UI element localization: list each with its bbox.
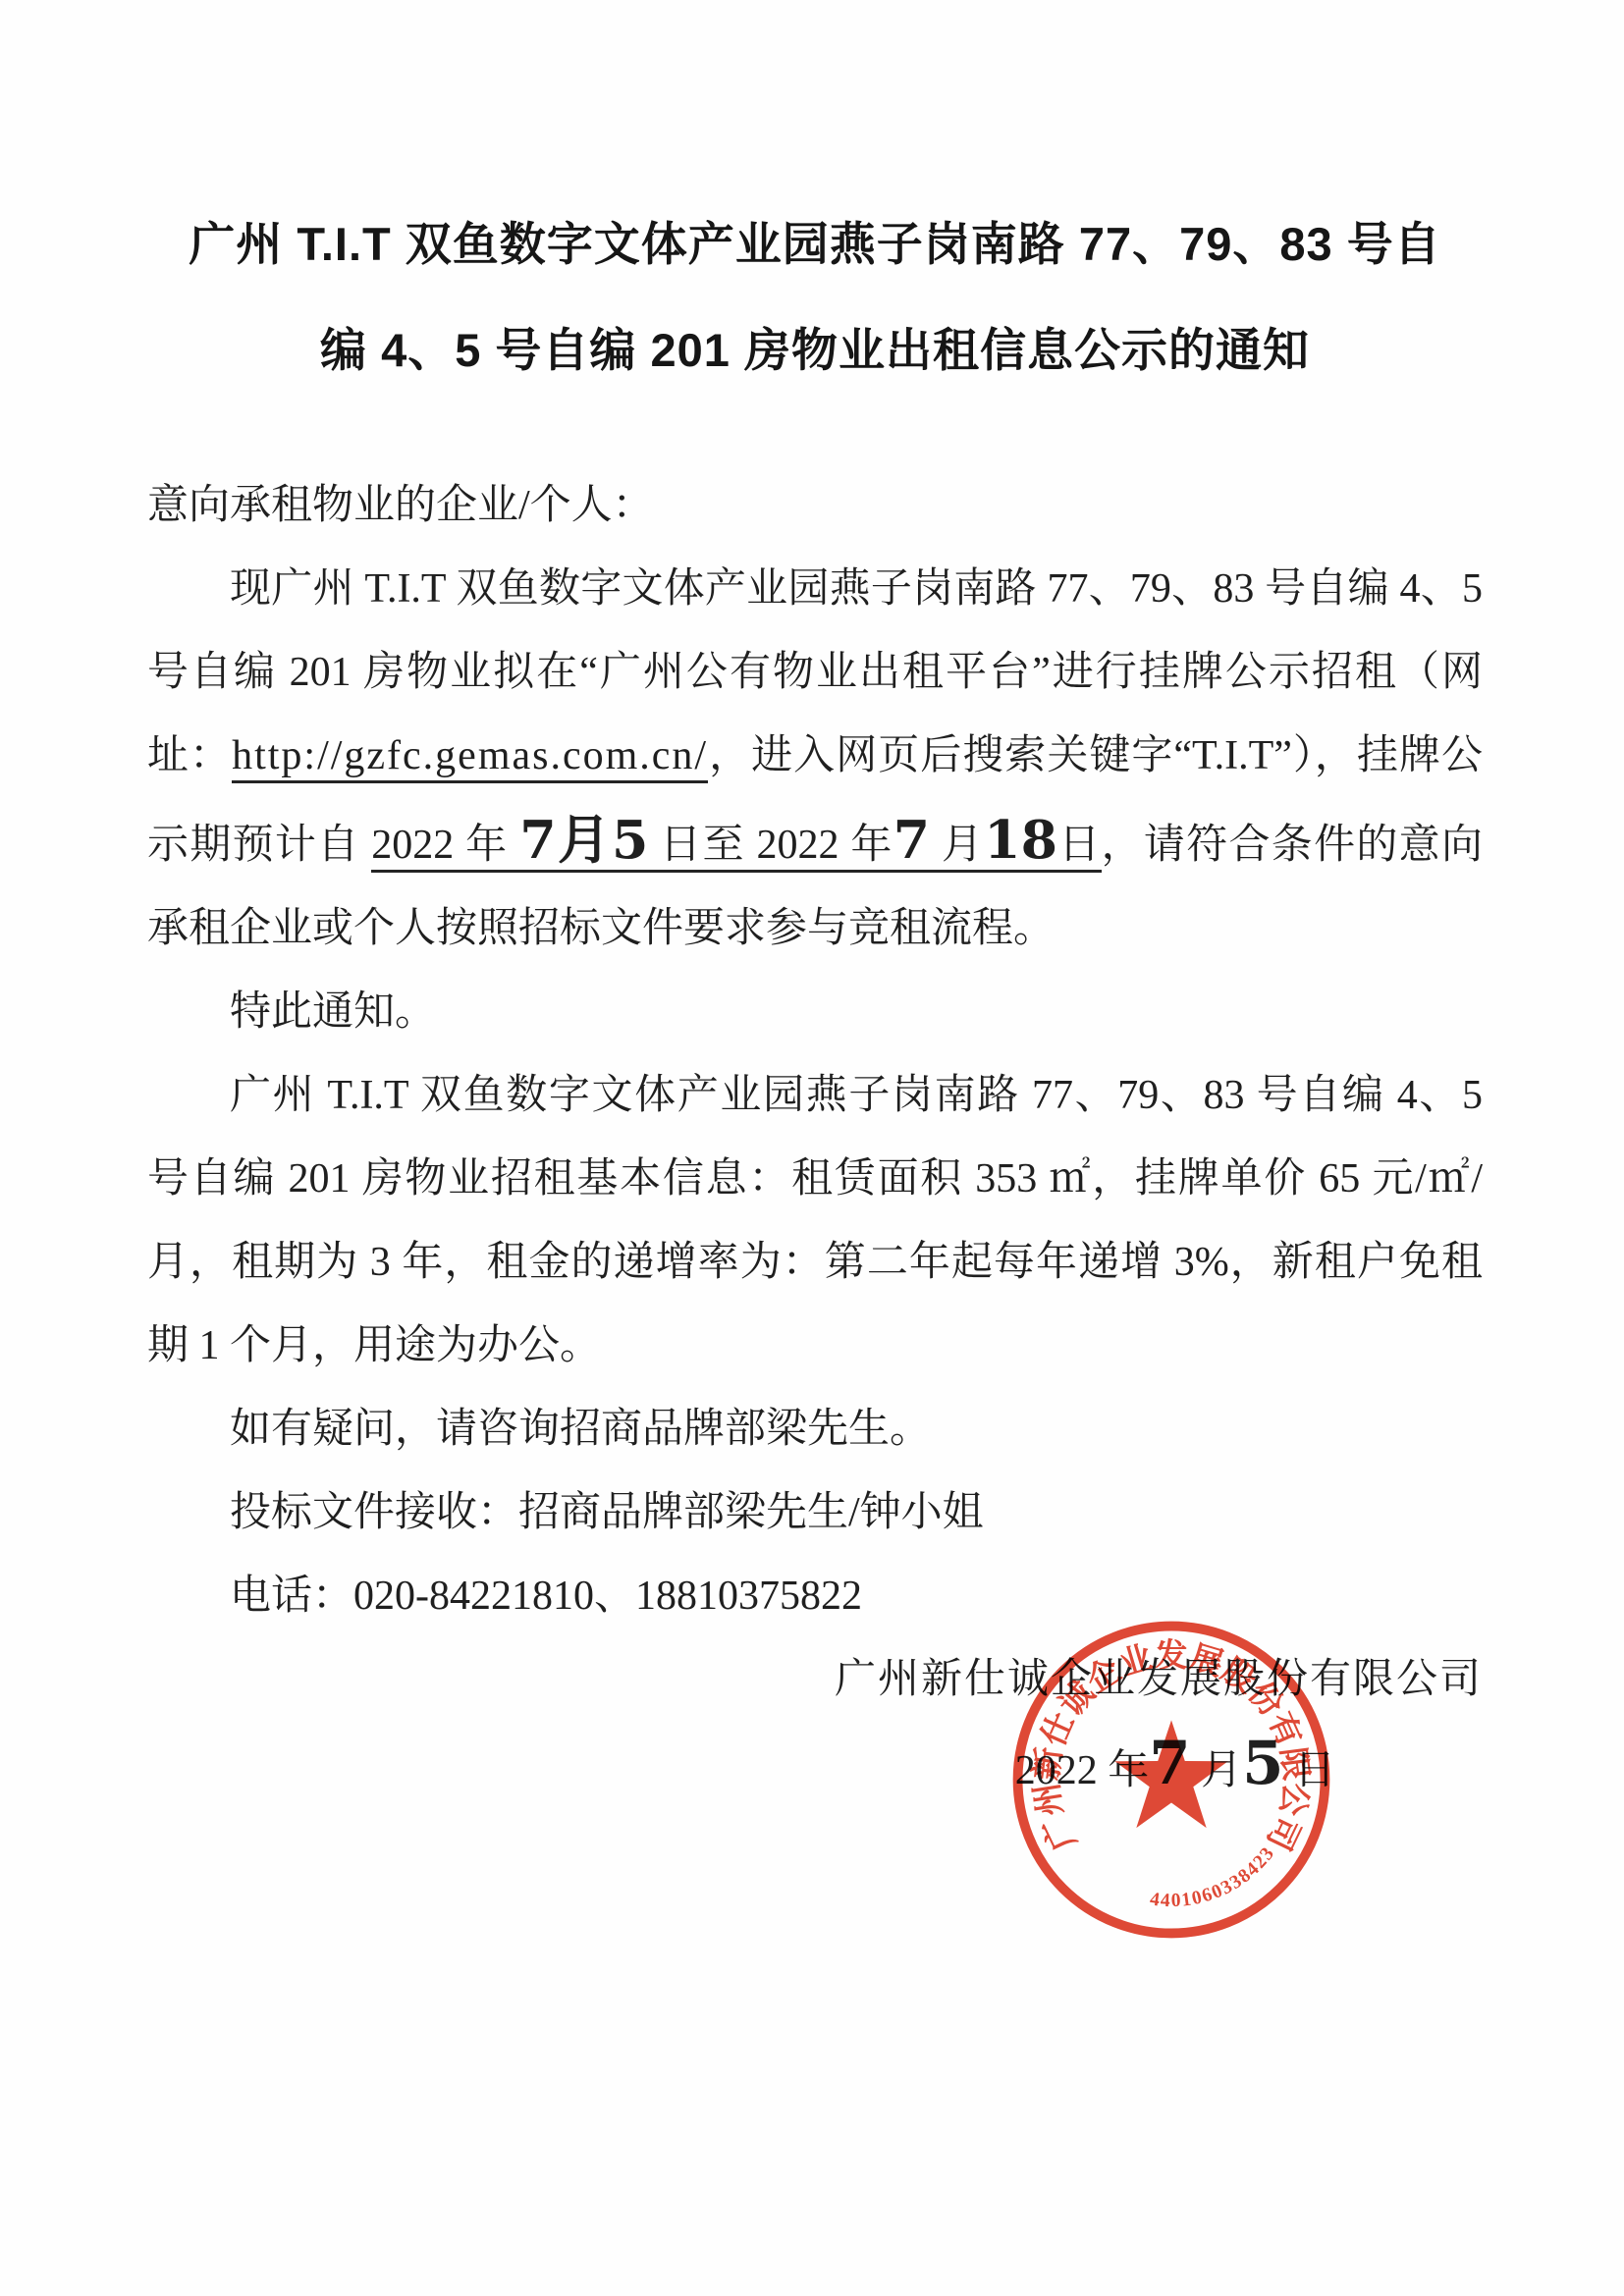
notice-title: 广州 T.I.T 双鱼数字文体产业园燕子岗南路 77、79、83 号自 编 4、… <box>147 191 1483 403</box>
seal-star-icon <box>1114 1720 1227 1828</box>
notice-closing-line: 特此通知。 <box>147 971 1483 1054</box>
period-month-char: 月 <box>930 823 984 868</box>
company-seal: 广州新仕诚企业发展股份有限公司 4401060338423 <box>999 1607 1344 1952</box>
notice-title-line1: 广州 T.I.T 双鱼数字文体产业园燕子岗南路 77、79、83 号自 <box>189 218 1440 270</box>
notice-title-line2: 编 4、5 号自编 201 房物业出租信息公示的通知 <box>320 324 1310 376</box>
salutation-line: 意向承租物业的企业/个人： <box>147 464 1483 548</box>
period-day-char: 日 <box>1057 823 1102 868</box>
listing-period-underlined: 2022 年 7月5 日至 2022 年7 月18日 <box>371 823 1101 873</box>
paragraph-rental-info: 广州 T.I.T 双鱼数字文体产业园燕子岗南路 77、79、83 号自编 4、5… <box>147 1054 1483 1388</box>
paragraph-listing-announcement: 现广州 T.I.T 双鱼数字文体产业园燕子岗南路 77、79、83 号自编 4、… <box>147 548 1483 971</box>
handwritten-end-month: 7 <box>893 809 930 871</box>
period-start-year: 2022 年 <box>371 823 519 868</box>
bid-reception-line: 投标文件接收：招商品牌部梁先生/钟小姐 <box>147 1471 1483 1555</box>
rental-platform-url: http://gzfc.gemas.com.cn/ <box>232 733 708 783</box>
contact-question-line: 如有疑问，请咨询招商品牌部梁先生。 <box>147 1388 1483 1471</box>
period-middle-text: 日至 2022 年 <box>648 823 893 868</box>
document-content: 广州 T.I.T 双鱼数字文体产业园燕子岗南路 77、79、83 号自 编 4、… <box>0 191 1624 1813</box>
scanned-notice-page: 广州 T.I.T 双鱼数字文体产业园燕子岗南路 77、79、83 号自 编 4、… <box>0 0 1624 2296</box>
handwritten-end-day: 18 <box>984 809 1057 871</box>
handwritten-start-monthday: 7月5 <box>519 809 648 871</box>
